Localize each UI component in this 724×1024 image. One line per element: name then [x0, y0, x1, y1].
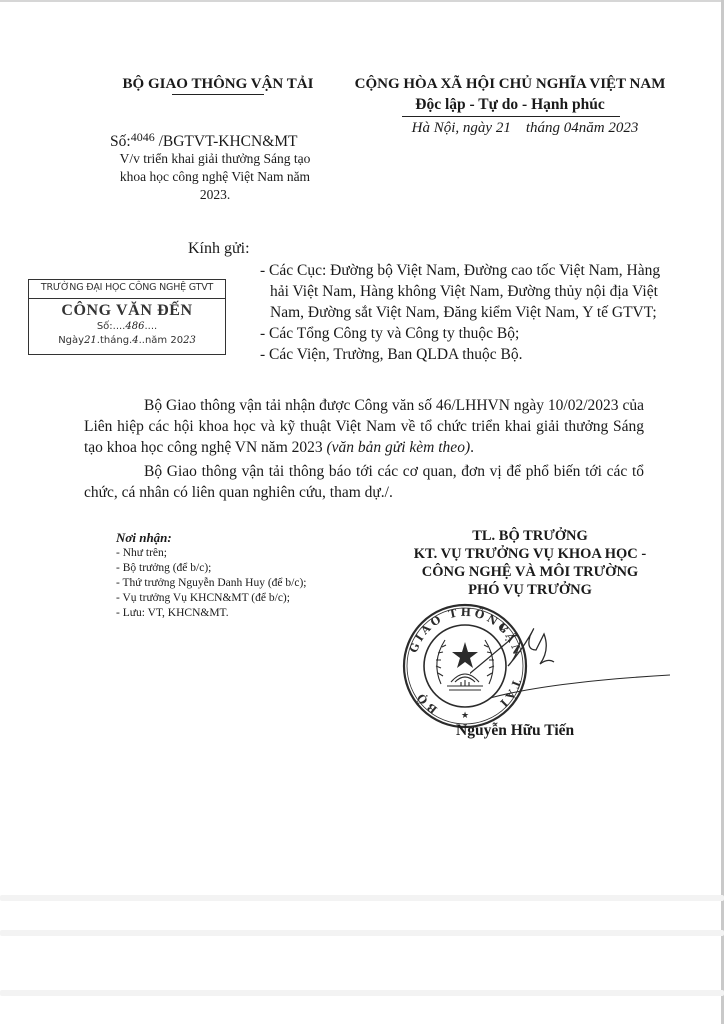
- doc-number-value: 4046: [131, 130, 155, 144]
- recipient-item: - Các Tổng Công ty và Công ty thuộc Bộ;: [260, 323, 675, 344]
- recipient-item: - Các Cục: Đường bộ Việt Nam, Đường cao …: [260, 260, 675, 323]
- cc-item: - Lưu: VT, KHCN&MT.: [116, 606, 376, 621]
- cc-item: - Như trên;: [116, 546, 376, 561]
- signer-name: Nguyễn Hữu Tiến: [456, 722, 574, 740]
- cc-item: - Bộ trưởng (để b/c);: [116, 561, 376, 576]
- ministry-underline: [172, 94, 264, 95]
- stamp-title: CÔNG VĂN ĐẾN: [29, 302, 225, 320]
- stamp-day-value: 21: [84, 335, 97, 346]
- stamp-number-trail: ....: [144, 321, 157, 332]
- page-edge-top: [0, 0, 724, 2]
- document-subject: V/v triển khai giải thưởng Sáng tạo khoa…: [110, 150, 320, 204]
- handwritten-signature: [470, 620, 670, 700]
- cc-item: - Vụ trưởng Vụ KHCN&MT (để b/c);: [116, 591, 376, 606]
- cc-title: Nơi nhận:: [116, 530, 376, 545]
- stamp-date-line: Ngày21.tháng.4..năm 2023: [29, 335, 225, 346]
- place-date-line: Hà Nội, ngày 21 tháng 04năm 2023: [375, 120, 675, 137]
- cc-list: Nơi nhận: - Như trên; - Bộ trưởng (để b/…: [116, 530, 376, 621]
- para1-attachment-note: (văn bản gửi kèm theo): [327, 439, 471, 456]
- stamp-body: CÔNG VĂN ĐẾN Số:....486.... Ngày21.tháng…: [29, 298, 225, 353]
- national-title: CỘNG HÒA XÃ HỘI CHỦ NGHĨA VIỆT NAM: [345, 76, 675, 93]
- recipient-list: - Các Cục: Đường bộ Việt Nam, Đường cao …: [260, 260, 675, 365]
- doc-number-prefix: Số:: [110, 133, 131, 150]
- national-motto: Độc lập - Tự do - Hạnh phúc: [345, 96, 675, 114]
- stamp-day-label: Ngày: [58, 335, 84, 346]
- stamp-number-label: Số:....: [97, 321, 126, 332]
- signature-authority-block: TL. BỘ TRƯỞNG KT. VỤ TRƯỞNG VỤ KHOA HỌC …: [380, 527, 680, 599]
- stamp-year-label: ..năm 20: [139, 335, 183, 346]
- stamp-year-value: 23: [183, 335, 196, 346]
- authority-line-1: TL. BỘ TRƯỞNG: [380, 527, 680, 545]
- ministry-name: BỘ GIAO THÔNG VẬN TẢI: [98, 76, 338, 93]
- authority-line-3: CÔNG NGHỆ VÀ MÔI TRƯỜNG: [380, 563, 680, 581]
- scan-artifact: [0, 930, 724, 936]
- doc-number-suffix: /BGTVT-KHCN&MT: [155, 133, 298, 150]
- stamp-month-label: .tháng.: [97, 335, 132, 346]
- authority-line-2: KT. VỤ TRƯỞNG VỤ KHOA HỌC -: [380, 545, 680, 563]
- scan-artifact: [0, 895, 724, 901]
- incoming-document-stamp: TRƯỜNG ĐẠI HỌC CÔNG NGHỆ GTVT CÔNG VĂN Đ…: [28, 279, 226, 355]
- recipient-item: - Các Viện, Trường, Ban QLDA thuộc Bộ.: [260, 344, 675, 365]
- body-paragraph-1: Bộ Giao thông vận tải nhận được Công văn…: [84, 395, 644, 458]
- svg-text:★: ★: [461, 710, 469, 720]
- salutation: Kính gửi:: [188, 240, 250, 258]
- stamp-header: TRƯỜNG ĐẠI HỌC CÔNG NGHỆ GTVT: [29, 282, 225, 293]
- body-paragraph-2: Bộ Giao thông vận tải thông báo tới các …: [84, 461, 644, 503]
- motto-underline: [402, 116, 620, 117]
- para1-end: .: [470, 439, 474, 456]
- cc-item: - Thứ trưởng Nguyễn Danh Huy (để b/c);: [116, 576, 376, 591]
- scan-artifact: [0, 990, 724, 996]
- authority-line-4: PHÓ VỤ TRƯỞNG: [380, 581, 680, 599]
- stamp-number-value: 486: [125, 321, 144, 332]
- stamp-number-line: Số:....486....: [29, 321, 225, 332]
- document-number: Số:4046 /BGTVT-KHCN&MT: [110, 130, 298, 151]
